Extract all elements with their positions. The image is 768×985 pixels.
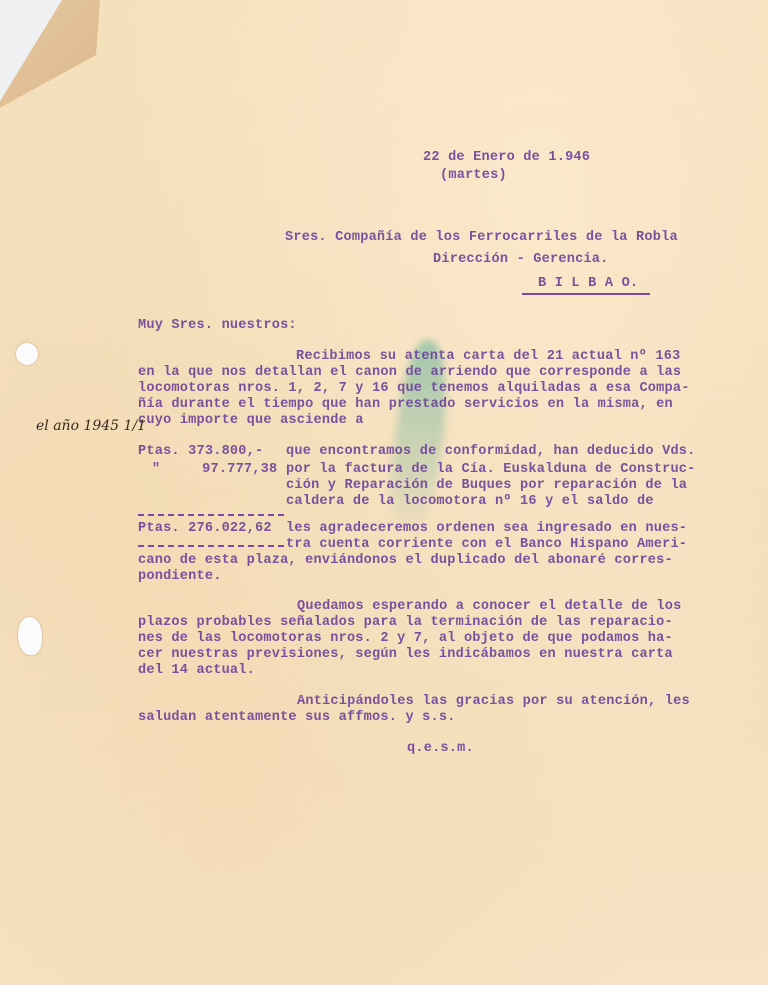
closing-line1: Anticipándoles las gracias por su atenci… [297, 694, 690, 709]
letter-page: 22 de Enero de 1.946 (martes) Sres. Comp… [0, 0, 768, 985]
salutation: Muy Sres. nuestros: [138, 318, 297, 333]
paragraph1-line4: ñía durante el tiempo que han prestado s… [138, 397, 673, 412]
paragraph1-line3: locomotoras nros. 1, 2, 7 y 16 que tenem… [138, 381, 690, 396]
amount3-line3: cano de esta plaza, enviándonos el dupli… [138, 553, 673, 568]
paragraph2-line3: nes de las locomotoras nros. 2 y 7, al o… [138, 631, 673, 646]
paragraph2-line4: cer nuestras previsiones, según les indi… [138, 647, 673, 662]
recipient-department: Dirección - Gerencia. [433, 252, 609, 267]
punch-hole-top [16, 343, 38, 365]
amount2-label: " 97.777,38 [152, 462, 277, 477]
amount1-label: Ptas. 373.800,- [138, 444, 263, 459]
amount2-line3: caldera de la locomotora nº 16 y el sald… [286, 494, 654, 509]
amount3-line2: tra cuenta corriente con el Banco Hispan… [286, 537, 687, 552]
date-line: 22 de Enero de 1.946 [423, 150, 590, 165]
amount3-line4: pondiente. [138, 569, 222, 584]
closing-abbreviation: q.e.s.m. [407, 741, 474, 756]
paragraph1-line5: cuyo importe que asciende a [138, 413, 364, 428]
amount3-label: Ptas. 276.022,62 [138, 521, 272, 536]
total-double-rule [138, 545, 284, 547]
paragraph1-line1: Recibimos su atenta carta del 21 actual … [296, 349, 680, 364]
amount2-line1: por la factura de la Cía. Euskalduna de … [286, 462, 696, 477]
paragraph2-line2: plazos probables señalados para la termi… [138, 615, 673, 630]
recipient-name: Sres. Compañía de los Ferrocarriles de l… [285, 230, 678, 245]
closing-line2: saludan atentamente sus affmos. y s.s. [138, 710, 456, 725]
sum-rule [138, 514, 284, 516]
paragraph2-line5: del 14 actual. [138, 663, 255, 678]
amount1-text: que encontramos de conformidad, han dedu… [286, 444, 696, 459]
city-underline [522, 293, 650, 295]
amount2-line2: ción y Reparación de Buques por reparaci… [286, 478, 687, 493]
paragraph2-line1: Quedamos esperando a conocer el detalle … [297, 599, 681, 614]
paragraph1-line2: en la que nos detallan el canon de arrie… [138, 365, 681, 380]
punch-hole-bottom [18, 617, 42, 655]
amount3-line1: les agradeceremos ordenen sea ingresado … [286, 521, 687, 536]
weekday-line: (martes) [440, 168, 507, 183]
handwritten-note: el año 1945 1/1 [36, 418, 146, 434]
recipient-city: B I L B A O. [538, 276, 638, 291]
